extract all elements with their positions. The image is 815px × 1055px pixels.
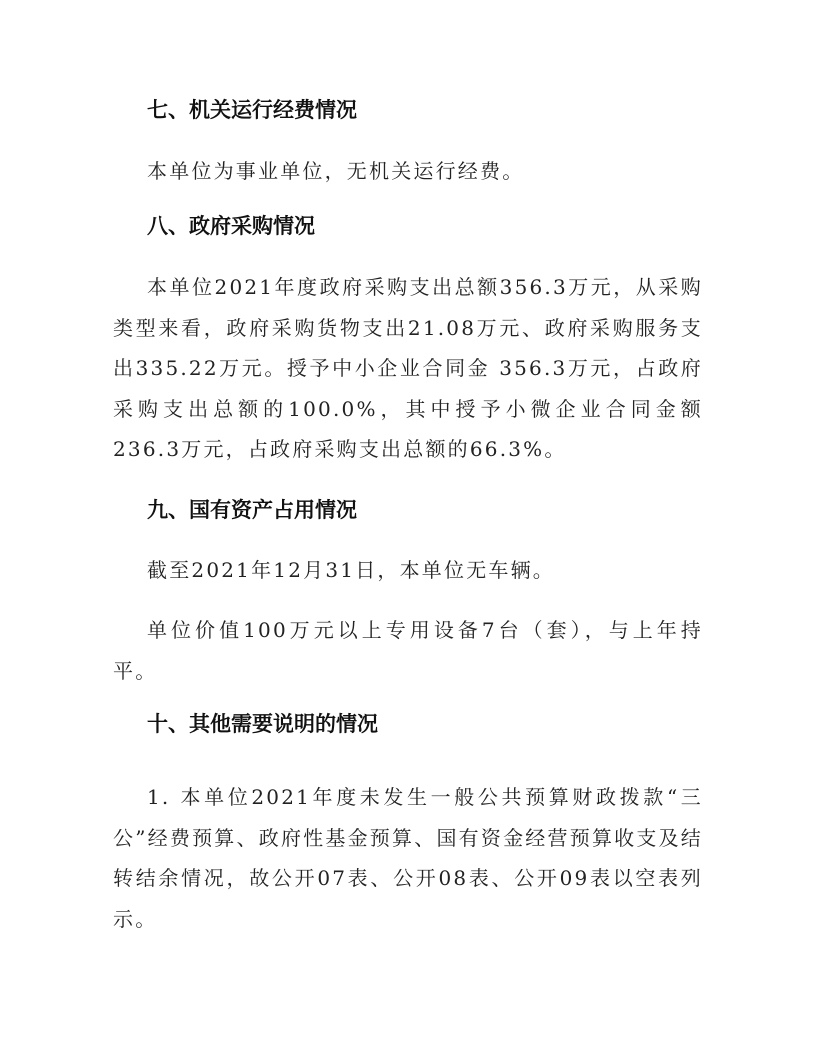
section-heading-8: 八、政府采购情况 [147,212,315,240]
document-page: 七、机关运行经费情况 本单位为事业单位，无机关运行经费。 八、政府采购情况 本单… [0,0,815,1055]
section-heading-7: 七、机关运行经费情况 [147,96,357,124]
section-7-paragraph: 本单位为事业单位，无机关运行经费。 [113,151,703,192]
section-9-paragraph-equipment: 单位价值100万元以上专用设备7台（套），与上年持平。 [113,610,703,691]
section-10-paragraph-1: 1. 本单位2021年度未发生一般公共预算财政拨款“三公”经费预算、政府性基金预… [113,777,703,939]
section-heading-10: 十、其他需要说明的情况 [147,710,378,738]
section-8-paragraph: 本单位2021年度政府采购支出总额356.3万元，从采购类型来看，政府采购货物支… [113,267,703,470]
section-9-paragraph-vehicles: 截至2021年12月31日，本单位无车辆。 [113,550,703,591]
section-heading-9: 九、国有资产占用情况 [147,496,357,524]
